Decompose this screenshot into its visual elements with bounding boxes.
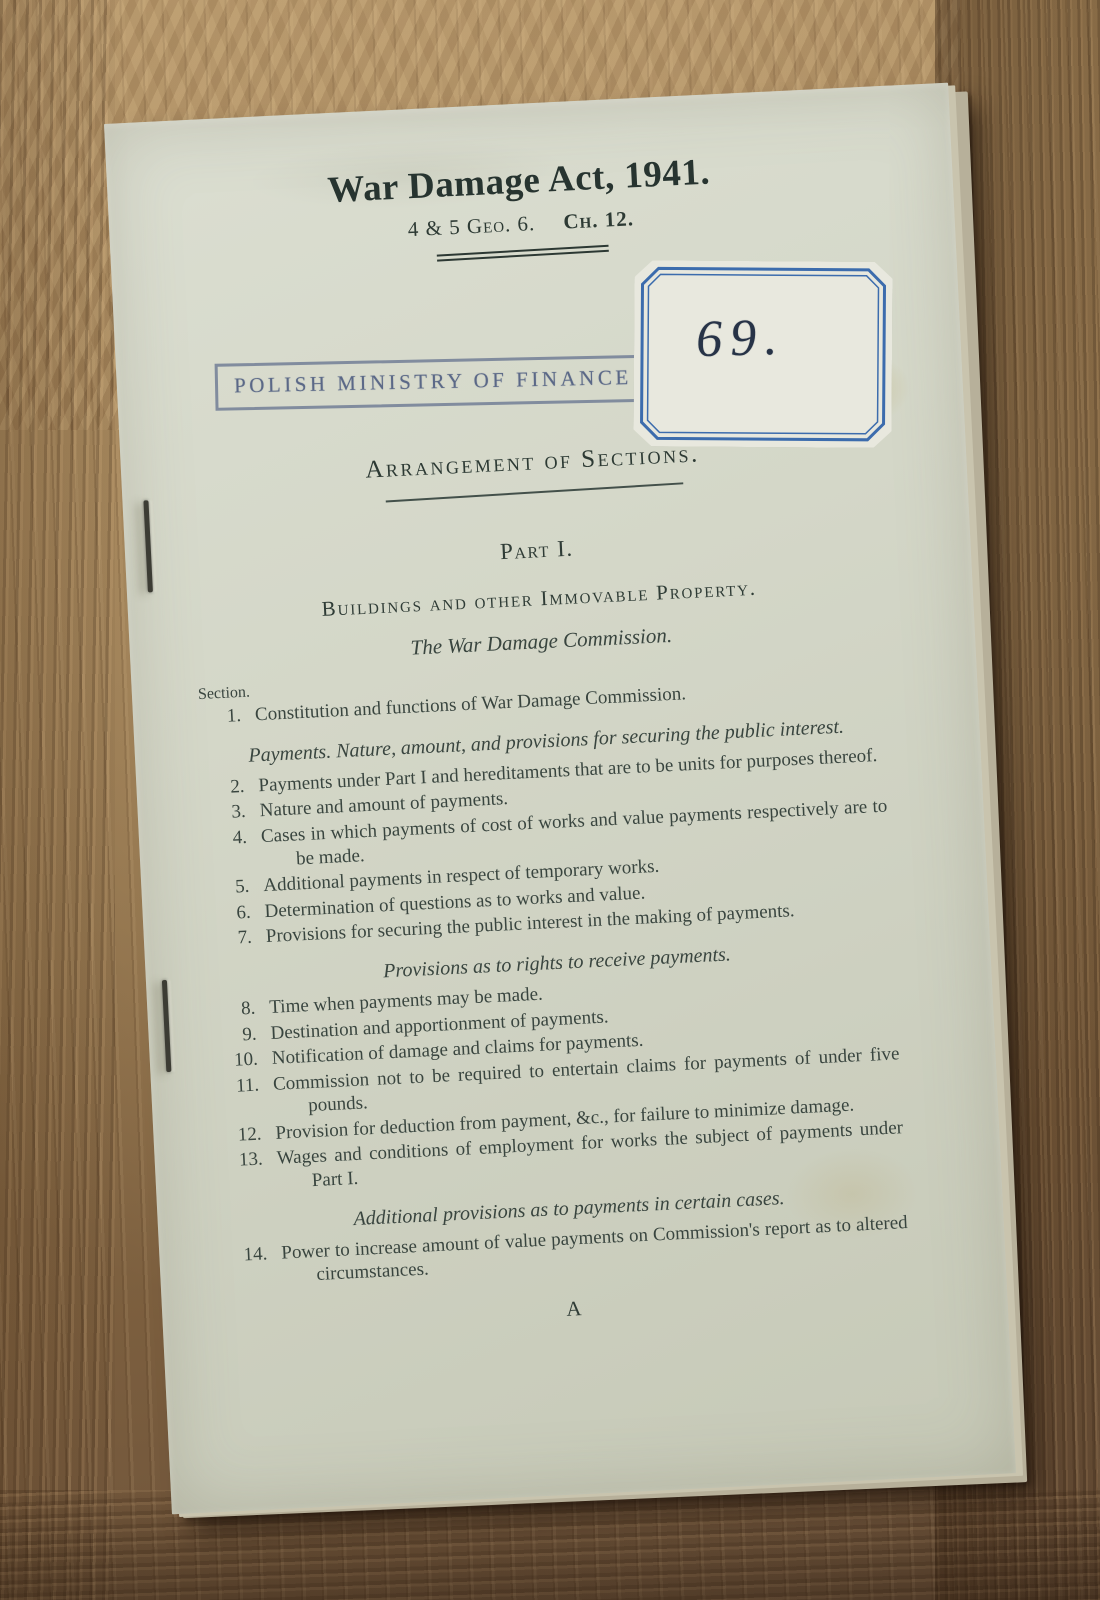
- section-number: 1.: [207, 704, 242, 729]
- citation-regnal-year: 4 & 5 Geo. 6.: [407, 211, 536, 241]
- handwritten-number: 69.: [695, 308, 786, 369]
- wood-plank-bottom: [0, 1490, 1100, 1600]
- section-number: 12.: [227, 1122, 262, 1147]
- booklet-front-cover: War Damage Act, 1941. 4 & 5 Geo. 6. Ch. …: [104, 83, 1016, 1515]
- sections-list: 1.Constitution and functions of War Dama…: [207, 673, 910, 1291]
- section-number: 14.: [233, 1242, 269, 1291]
- part-title: Part I.: [199, 521, 874, 580]
- cover-page-content: War Damage Act, 1941. 4 & 5 Geo. 6. Ch. …: [104, 83, 1016, 1515]
- printers-signature-mark: A: [236, 1280, 911, 1338]
- section-number: 13.: [228, 1148, 264, 1197]
- section-number: 8.: [221, 997, 256, 1022]
- stamp-zone: POLISH MINISTRY OF FINANCE 69.: [185, 240, 869, 465]
- section-number: 7.: [217, 926, 252, 951]
- section-number: 5.: [215, 875, 250, 900]
- heading-rule: [385, 482, 683, 502]
- citation-chapter: Ch. 12.: [563, 206, 635, 233]
- booklet: War Damage Act, 1941. 4 & 5 Geo. 6. Ch. …: [104, 83, 1016, 1515]
- section-number: 4.: [212, 826, 248, 875]
- section-number: 3.: [211, 800, 246, 825]
- ministry-ink-stamp: POLISH MINISTRY OF FINANCE: [215, 355, 652, 411]
- section-number: 11.: [225, 1073, 261, 1122]
- section-number: 9.: [222, 1022, 257, 1047]
- archive-number-label: 69.: [633, 260, 892, 448]
- section-number: 10.: [223, 1048, 258, 1073]
- section-number: 6.: [216, 900, 251, 925]
- wood-plank-left: [0, 0, 115, 1600]
- section-number: 2.: [210, 775, 245, 800]
